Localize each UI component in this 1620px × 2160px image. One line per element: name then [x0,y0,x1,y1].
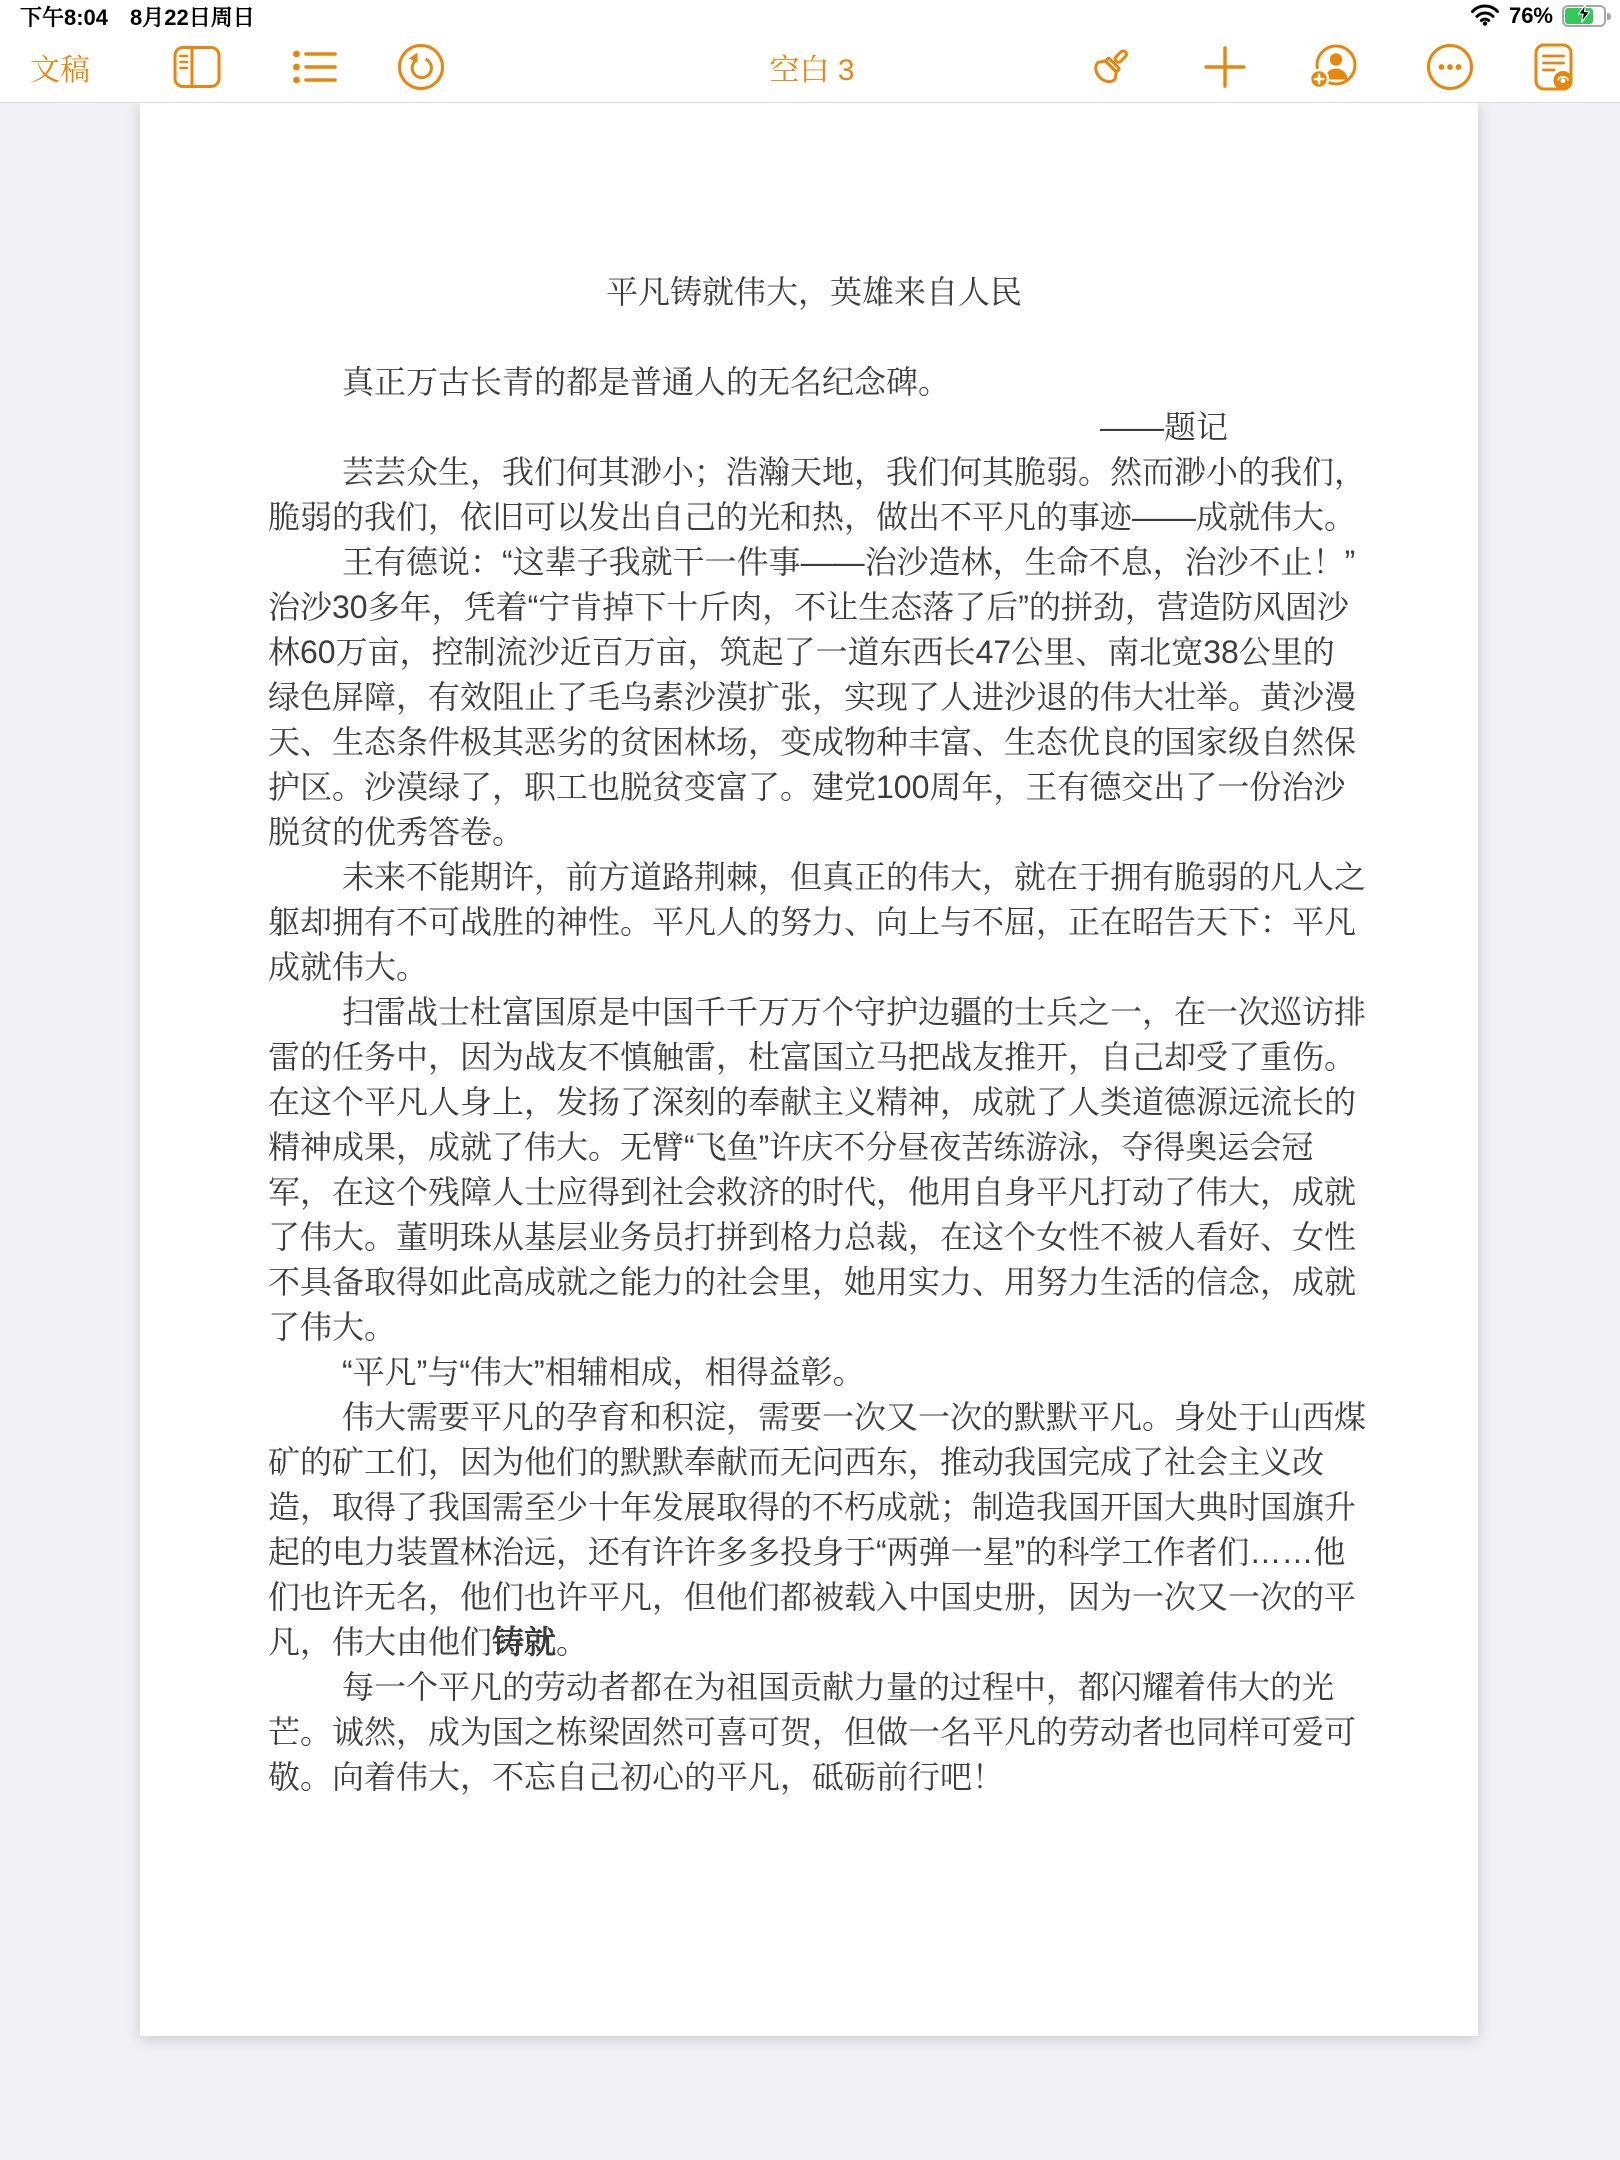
documents-back-button[interactable]: 文稿 [30,32,90,102]
document-line[interactable]: 躯却拥有不可战胜的神性。平凡人的努力、向上与不屈，正在昭告天下：平凡 [268,900,1360,945]
document-line[interactable]: 天、生态条件极其恶劣的贫困林场，变成物种丰富、生态优良的国家级自然保 [268,720,1360,765]
document-line[interactable]: 敬。向着伟大，不忘自己初心的平凡，砥砺前行吧！ [268,1755,1360,1800]
document-line[interactable]: 护区。沙漠绿了，职工也脱贫变富了。建党100周年，王有德交出了一份治沙 [268,765,1360,810]
document-line[interactable]: 未来不能期许，前方道路荆棘，但真正的伟大，就在于拥有脆弱的凡人之 [268,855,1360,900]
collaborate-add-person-icon [1307,43,1359,91]
toolbar: 文稿 [0,32,1620,103]
document-line[interactable]: 雷的任务中，因为战友不慎触雷，杜富国立马把战友推开，自己却受了重伤。 [268,1035,1360,1080]
document-line[interactable]: 造，取得了我国需至少十年发展取得的不朽成就；制造我国开国大典时国旗升 [268,1485,1360,1530]
battery-charging-icon [1562,5,1606,27]
document-line[interactable]: 扫雷战士杜富国原是中国千千万万个守护边疆的士兵之一，在一次巡访排 [268,990,1360,1035]
document-line[interactable]: 脱贫的优秀答卷。 [268,810,1360,855]
pages-app: { "colors": { "accent": "#E8860C", "canv… [0,0,1620,2160]
text-segment: 凡，伟大由他们 [268,1624,492,1660]
status-time: 下午8:04 [20,1,108,32]
document-line[interactable]: 伟大需要平凡的孕育和积淀，需要一次又一次的默默平凡。身处于山西煤 [268,1395,1360,1440]
document-line[interactable]: 成就伟大。 [268,945,1360,990]
document-line[interactable]: 真正万古长青的都是普通人的无名纪念碑。 [268,360,1360,405]
status-right: 76% [1470,0,1606,32]
document-line[interactable]: 林60万亩，控制流沙近百万亩，筑起了一道东西长47公里、南北宽38公里的 [268,630,1360,675]
more-ellipsis-icon [1425,42,1475,92]
epigraph-attribution-line[interactable]: ——题记 [268,405,1360,450]
document-line[interactable] [268,315,1360,360]
insert-plus-icon [1203,45,1247,89]
format-brush-icon [1086,43,1134,91]
charging-bolt-icon [1578,4,1591,28]
document-line[interactable]: 了伟大。董明珠从基层业务员打拼到格力总裁，在这个女性不被人看好、女性 [268,1215,1360,1260]
document-line[interactable]: 军，在这个残障人士应得到社会救济的时代，他用自身平凡打动了伟大，成就 [268,1170,1360,1215]
page-thumbnails-icon [173,45,221,89]
document-line[interactable]: 绿色屏障，有效阻止了毛乌素沙漠扩张，实现了人进沙退的伟大壮举。黄沙漫 [268,675,1360,720]
document-line[interactable]: 治沙30多年，凭着“宁肯掉下十斤肉，不让生态落了后”的拼劲，营造防风固沙 [268,585,1360,630]
document-line[interactable]: “平凡”与“伟大”相辅相成，相得益彰。 [268,1350,1360,1395]
document-title-line[interactable]: 平凡铸就伟大，英雄来自人民 [268,270,1360,315]
document-title[interactable]: 空白 3 [769,32,854,102]
document-line[interactable]: 不具备取得如此高成就之能力的社会里，她用实力、用努力生活的信念，成就 [268,1260,1360,1305]
text-segment: 。 [556,1624,588,1660]
undo-button[interactable] [396,32,446,102]
undo-icon [396,42,446,92]
document-canvas[interactable]: 平凡铸就伟大，英雄来自人民真正万古长青的都是普通人的无名纪念碑。——题记芸芸众生… [0,103,1620,2160]
battery-percent-label: 76% [1509,3,1553,29]
document-line[interactable]: 精神成果，成就了伟大。无臂“飞鱼”许庆不分昼夜苦练游泳，夺得奥运会冠 [268,1125,1360,1170]
document-line[interactable]: 芒。诚然，成为国之栋梁固然可喜可贺，但做一名平凡的劳动者也同样可爱可 [268,1710,1360,1755]
status-bar: 下午8:04 8月22日周日 76% [0,0,1620,32]
document-body[interactable]: 平凡铸就伟大，英雄来自人民真正万古长青的都是普通人的无名纪念碑。——题记芸芸众生… [268,270,1360,1800]
document-line[interactable]: 起的电力装置林治远，还有许许多多投身于“两弹一星”的科学工作者们……他 [268,1530,1360,1575]
wifi-icon [1470,2,1500,31]
document-page[interactable]: 平凡铸就伟大，英雄来自人民真正万古长青的都是普通人的无名纪念碑。——题记芸芸众生… [140,103,1478,2036]
format-button[interactable] [1086,32,1134,102]
document-line[interactable]: 脆弱的我们，依旧可以发出自己的光和热，做出不平凡的事迹——成就伟大。 [268,495,1360,540]
insert-button[interactable] [1203,32,1247,102]
table-of-contents-button[interactable] [292,32,338,102]
document-line[interactable]: 凡，伟大由他们铸就。 [268,1620,1360,1665]
collaborate-button[interactable] [1307,32,1359,102]
bold-text-segment: 铸就 [492,1624,556,1660]
document-line[interactable]: 芸芸众生，我们何其渺小；浩瀚天地，我们何其脆弱。然而渺小的我们， [268,450,1360,495]
status-left: 下午8:04 8月22日周日 [20,0,255,32]
document-line[interactable]: 在这个平凡人身上，发扬了深刻的奉献主义精神，成就了人类道德源远流长的 [268,1080,1360,1125]
more-button[interactable] [1425,32,1475,102]
document-line[interactable]: 每一个平凡的劳动者都在为祖国贡献力量的过程中，都闪耀着伟大的光 [268,1665,1360,1710]
page-thumbnails-button[interactable] [173,32,221,102]
document-line[interactable]: 们也许无名，他们也许平凡，但他们都被载入中国史册，因为一次又一次的平 [268,1575,1360,1620]
document-line[interactable]: 矿的矿工们，因为他们的默默奉献而无问西东，推动我国完成了社会主义改 [268,1440,1360,1485]
status-date: 8月22日周日 [130,1,255,32]
reader-view-button[interactable] [1532,32,1578,102]
table-of-contents-icon [292,47,338,87]
document-line[interactable]: 王有德说：“这辈子我就干一件事——治沙造林，生命不息，治沙不止！” [268,540,1360,585]
reader-view-icon [1532,42,1578,92]
document-line[interactable]: 了伟大。 [268,1305,1360,1350]
